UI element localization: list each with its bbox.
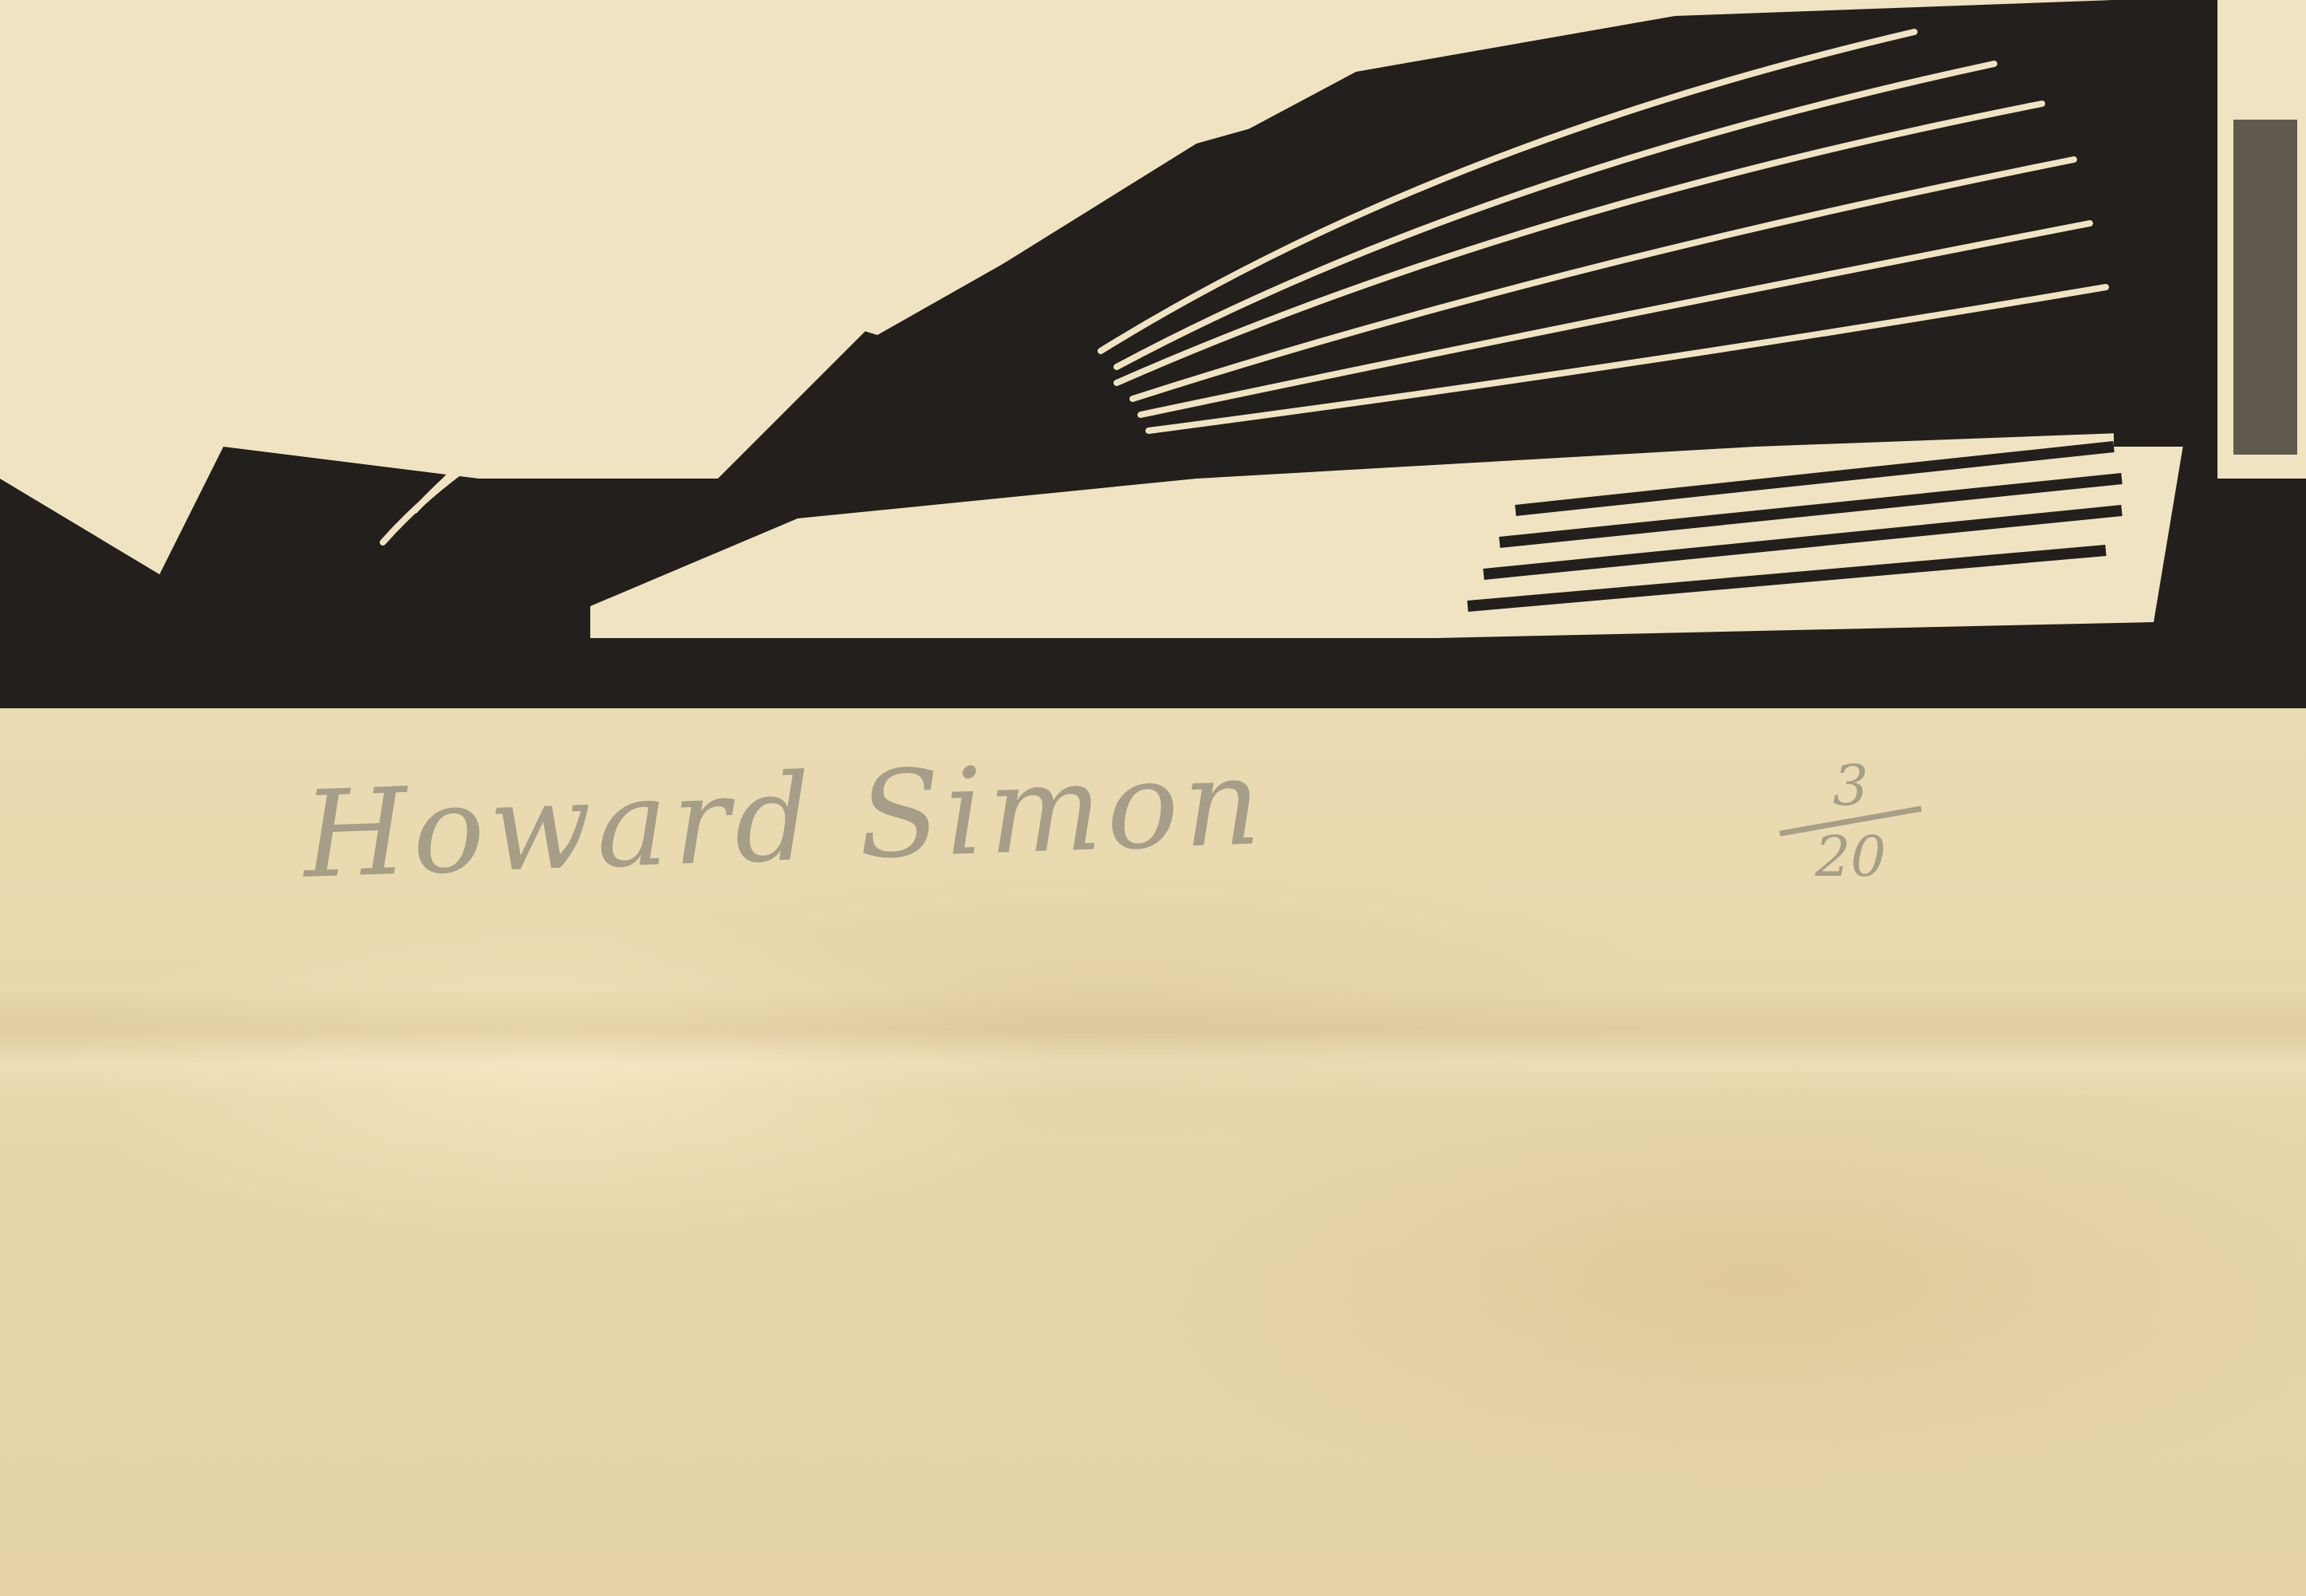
edition-number-current: 3 <box>1779 758 1922 814</box>
edition-number: 3 20 <box>1779 758 1922 885</box>
paper-fold <box>0 985 2306 1097</box>
edition-number-total: 20 <box>1779 829 1922 885</box>
woodcut-print-image <box>0 0 2306 708</box>
